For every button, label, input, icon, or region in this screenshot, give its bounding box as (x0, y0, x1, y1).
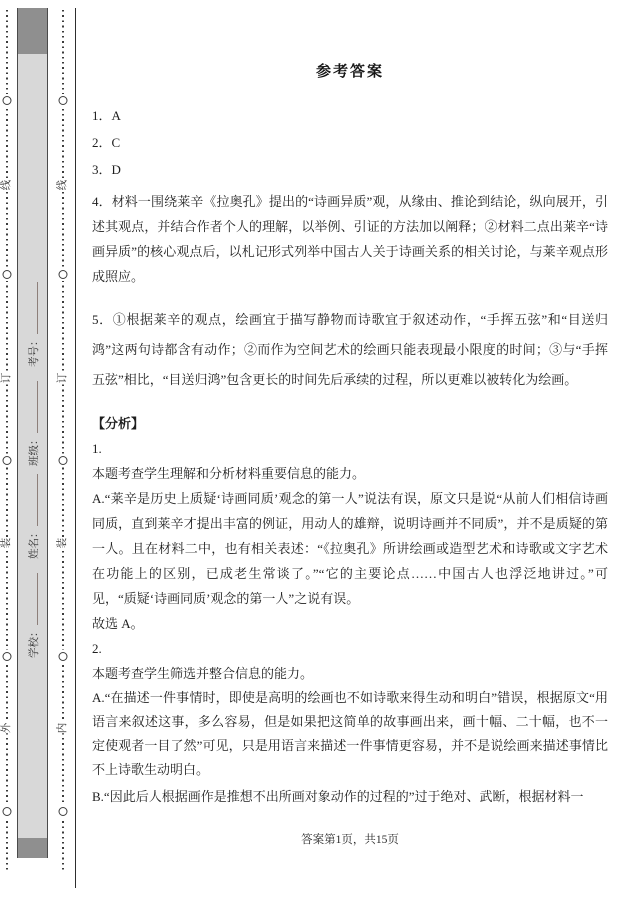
binding-line-char: 订 (0, 373, 16, 384)
analysis-option-a-paragraph-1: A.“莱辛是历史上质疑‘诗画同质’观念的第一人”说法有误，原文只是说“从前人们相… (92, 486, 608, 611)
answer-item-1: 1．A (92, 102, 608, 129)
punch-hole-circle (2, 94, 13, 107)
student-info-strip: 考号： 班级： 姓名： 学校： (17, 8, 48, 858)
binding-line-outer: 线 订 装 外 (1, 10, 13, 870)
student-field-label: 班级： (25, 435, 40, 467)
student-field-underline (36, 475, 38, 527)
student-field-name: 姓名： (26, 463, 40, 559)
page-title: 参考答案 (92, 60, 608, 81)
student-field-exam-number: 考号： (26, 271, 40, 367)
dotted-line (62, 10, 64, 870)
binding-line-char: 订 (54, 373, 72, 384)
analysis-heading: 【分析】 (92, 411, 608, 436)
student-field-label: 学校： (25, 627, 40, 659)
binding-line-char: 装 (0, 538, 16, 549)
answer-sheet-page: 线 订 装 外 考号： 班级： 姓名： 学校： 线 订 装 内 (0, 0, 640, 899)
analysis-conclusion-1: 故选 A。 (92, 611, 608, 636)
student-field-class: 班级： (26, 370, 40, 466)
answer-content: 参考答案 1．A 2．C 3．D 4．材料一围绕莱辛《拉奥孔》提出的“诗画异质”… (92, 0, 608, 809)
answer-paragraph-5: 5．①根据莱辛的观点，绘画宜于描写静物而诗歌宜于叙述动作，“手挥五弦”和“目送归… (92, 305, 608, 395)
analysis-item-number-1: 1. (92, 436, 608, 461)
analysis-item-number-2: 2. (92, 636, 608, 661)
punch-hole-circle (58, 805, 69, 818)
student-field-underline (36, 283, 38, 335)
analysis-ability-statement-2: 本题考查学生筛选并整合信息的能力。 (92, 661, 608, 686)
dotted-line (6, 10, 8, 870)
analysis-option-b-paragraph: B.“因此后人根据画作是推想不出所画对象动作的过程的”过于绝对、武断，根据材料一 (92, 785, 608, 809)
student-field-label: 姓名： (25, 528, 40, 560)
strip-cap-top (18, 8, 47, 54)
student-field-underline (36, 382, 38, 434)
punch-hole-circle (58, 268, 69, 281)
strip-cap-bottom (18, 838, 47, 858)
punch-hole-circle (2, 268, 13, 281)
binding-line-char: 内 (54, 723, 72, 734)
punch-hole-circle (2, 650, 13, 663)
answer-paragraph-4: 4．材料一围绕莱辛《拉奥孔》提出的“诗画异质”观，从缘由、推论到结论，纵向展开，… (92, 189, 608, 289)
student-field-underline (36, 574, 38, 626)
punch-hole-circle (58, 94, 69, 107)
analysis-option-a-paragraph-2: A.“在描述一件事情时，即使是高明的绘画也不如诗歌来得生动和明白”错误，根据原文… (92, 686, 608, 782)
binding-line-char: 外 (0, 723, 16, 734)
analysis-ability-statement-1: 本题考查学生理解和分析材料重要信息的能力。 (92, 461, 608, 486)
punch-hole-circle (2, 805, 13, 818)
binding-line-inner: 线 订 装 内 (57, 10, 69, 870)
binding-line-char: 线 (54, 180, 72, 191)
binding-line-char: 线 (0, 180, 16, 191)
page-footer: 答案第1页，共15页 (92, 831, 608, 847)
answer-item-3: 3．D (92, 156, 608, 183)
punch-hole-circle (58, 454, 69, 467)
student-field-label: 考号： (25, 336, 40, 368)
answer-item-2: 2．C (92, 129, 608, 156)
binding-line-char: 装 (54, 538, 72, 549)
punch-hole-circle (2, 454, 13, 467)
student-field-school: 学校： (26, 562, 40, 658)
punch-hole-circle (58, 650, 69, 663)
margin-separator-line (75, 8, 76, 888)
